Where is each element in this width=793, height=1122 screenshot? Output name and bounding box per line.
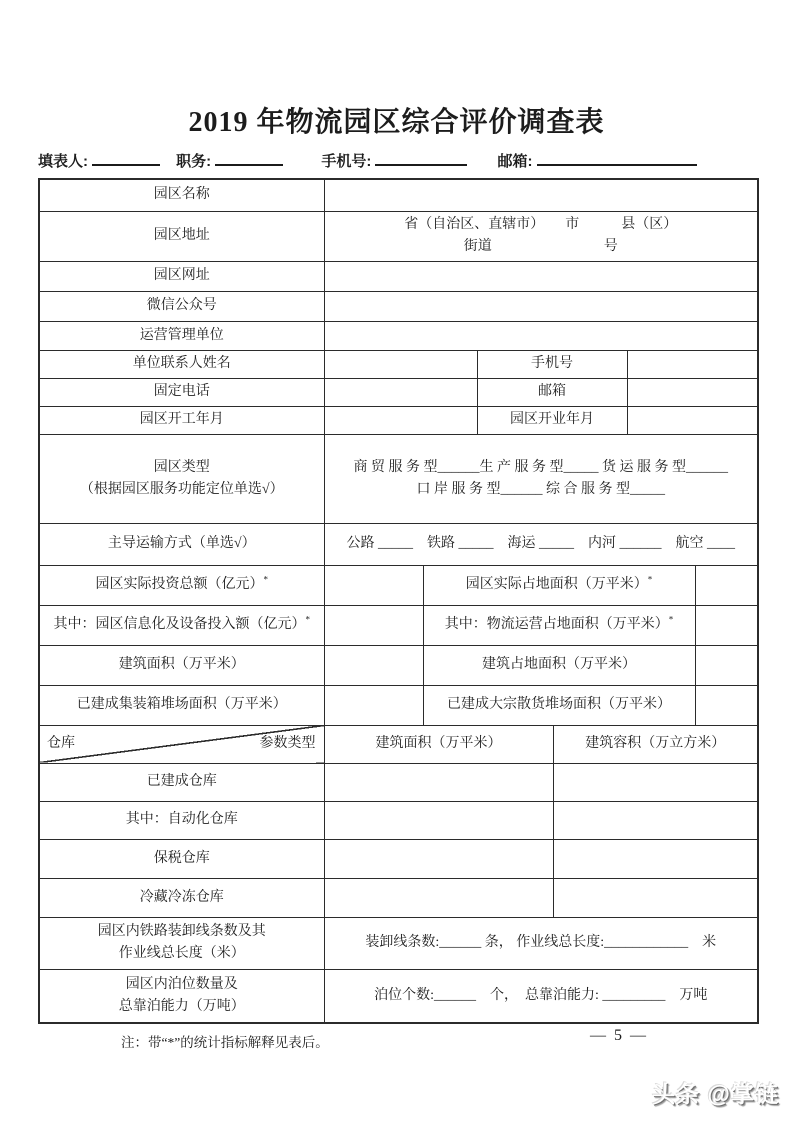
warehouse-row-label-cell: 保税仓库	[39, 839, 324, 878]
table-row: 园区网址	[39, 261, 758, 291]
value-cell	[695, 685, 758, 725]
row-label-cell: 园区类型（根据园区服务功能定位单选√）	[39, 434, 324, 523]
table-row: 其中：自动化仓库	[39, 801, 758, 839]
cell-text: 园区地址	[42, 225, 322, 247]
cell-text: 口 岸 服 务 型______ 综 合 服 务 型_____	[327, 479, 756, 501]
warehouse-row-label-cell: 冷藏冷冻仓库	[39, 878, 324, 917]
cell-text: 固定电话	[42, 381, 322, 403]
job-title-blank	[215, 151, 283, 166]
watermark: 头条 @掌链	[652, 1076, 779, 1109]
cell-text: 运营管理单位	[42, 325, 322, 347]
value-cell	[324, 406, 477, 434]
value-cell	[553, 763, 758, 801]
cell-text: 泊位个数:______ 个， 总靠泊能力: _________ 万吨	[327, 985, 756, 1007]
row-label-cell: 园区开工年月	[39, 406, 324, 434]
row-label-cell: 园区名称	[39, 179, 324, 211]
row-label-cell: 邮箱	[477, 378, 627, 406]
cell-text: 已建成集装箱堆场面积（万平米）	[42, 694, 322, 716]
table-row: 单位联系人姓名手机号	[39, 350, 758, 378]
value-cell	[324, 801, 553, 839]
row-label-cell: 建筑占地面积（万平米）	[423, 645, 695, 685]
cell-text: 保税仓库	[42, 848, 322, 870]
row-label-cell: 其中：物流运营占地面积（万平米）*	[423, 605, 695, 645]
row-label-cell: 园区实际投资总额（亿元）*	[39, 565, 324, 605]
value-cell	[324, 565, 423, 605]
value-cell	[695, 645, 758, 685]
value-cell: 公路 _____ 铁路 _____ 海运 _____ 内河 ______ 航空 …	[324, 523, 758, 565]
cell-text: 单位联系人姓名	[42, 353, 322, 375]
table-row: 建筑面积（万平米）建筑占地面积（万平米）	[39, 645, 758, 685]
cell-text: 园区实际投资总额（亿元）*	[42, 574, 322, 596]
cell-text: 其中：自动化仓库	[42, 809, 322, 831]
value-cell: 装卸线条数:______ 条， 作业线总长度:____________ 米	[324, 917, 758, 969]
cell-text: 商 贸 服 务 型______生 产 服 务 型_____ 货 运 服 务 型_…	[327, 457, 756, 479]
table-row: 已建成仓库	[39, 763, 758, 801]
cell-text: 园区开工年月	[42, 409, 322, 431]
cell-text: 主导运输方式（单选√）	[42, 533, 322, 555]
cell-text: 其中：物流运营占地面积（万平米）*	[426, 614, 693, 636]
cell-text: 园区类型	[42, 457, 322, 479]
table-row: 仓库参数类型建筑面积（万平米）建筑容积（万立方米）	[39, 725, 758, 763]
table-row: 固定电话邮箱	[39, 378, 758, 406]
table-row: 保税仓库	[39, 839, 758, 878]
value-cell	[324, 645, 423, 685]
value-cell: 省（自治区、直辖市） 市 县（区）街道 号	[324, 211, 758, 261]
cell-text: 建筑面积（万平米）	[327, 733, 551, 755]
cell-text: 建筑容积（万立方米）	[556, 733, 756, 755]
diagonal-header-cell: 仓库参数类型	[39, 725, 324, 763]
cell-text: 微信公众号	[42, 295, 322, 317]
warehouse-row-label-cell: 已建成仓库	[39, 763, 324, 801]
job-title-label: 职务:	[176, 153, 211, 170]
value-cell	[553, 878, 758, 917]
value-cell	[627, 406, 758, 434]
cell-text: （根据园区服务功能定位单选√）	[42, 479, 322, 501]
table-row: 其中：园区信息化及设备投入额（亿元）*其中：物流运营占地面积（万平米）*	[39, 605, 758, 645]
filler-name-blank	[92, 151, 160, 166]
row-label-cell: 已建成大宗散货堆场面积（万平米）	[423, 685, 695, 725]
cell-text: 邮箱	[480, 381, 625, 403]
value-cell	[324, 685, 423, 725]
value-cell	[553, 839, 758, 878]
row-label-cell: 单位联系人姓名	[39, 350, 324, 378]
mobile-label: 手机号:	[321, 153, 371, 170]
row-label-cell: 主导运输方式（单选√）	[39, 523, 324, 565]
cell-text: 园区网址	[42, 265, 322, 287]
cell-text: 园区内泊位数量及	[42, 974, 322, 996]
cell-text: 园区实际占地面积（万平米）*	[426, 574, 693, 596]
cell-text: 建筑面积（万平米）	[42, 654, 322, 676]
cell-text: 其中：园区信息化及设备投入额（亿元）*	[42, 614, 322, 636]
cell-text: 园区开业年月	[480, 409, 625, 431]
email-label: 邮箱:	[498, 153, 533, 170]
row-label-cell: 手机号	[477, 350, 627, 378]
row-label-cell: 园区内铁路装卸线条数及其作业线总长度（米）	[39, 917, 324, 969]
row-label-cell: 微信公众号	[39, 291, 324, 321]
page-title: 2019 年物流园区综合评价调查表	[0, 100, 793, 140]
table-row: 主导运输方式（单选√）公路 _____ 铁路 _____ 海运 _____ 内河…	[39, 523, 758, 565]
row-label-cell: 园区开业年月	[477, 406, 627, 434]
value-cell: 商 贸 服 务 型______生 产 服 务 型_____ 货 运 服 务 型_…	[324, 434, 758, 523]
survey-table: 园区名称园区地址省（自治区、直辖市） 市 县（区）街道 号园区网址微信公众号运营…	[38, 178, 759, 1024]
table-row: 已建成集装箱堆场面积（万平米）已建成大宗散货堆场面积（万平米）	[39, 685, 758, 725]
diagonal-corner-label: 参数类型	[260, 733, 316, 755]
filler-name-label: 填表人:	[38, 153, 88, 170]
cell-text: 作业线总长度（米）	[42, 943, 322, 965]
value-cell	[627, 350, 758, 378]
value-cell	[553, 801, 758, 839]
value-cell	[324, 291, 758, 321]
value-cell	[324, 261, 758, 291]
table-row: 运营管理单位	[39, 321, 758, 350]
row-label-cell: 建筑面积（万平米）	[39, 645, 324, 685]
table-row: 微信公众号	[39, 291, 758, 321]
table-row: 园区内泊位数量及总靠泊能力（万吨）泊位个数:______ 个， 总靠泊能力: _…	[39, 969, 758, 1023]
value-cell	[324, 763, 553, 801]
cell-text: 省（自治区、直辖市） 市 县（区）	[327, 214, 756, 236]
cell-text: 建筑占地面积（万平米）	[426, 654, 693, 676]
row-label-cell: 园区网址	[39, 261, 324, 291]
value-cell	[324, 350, 477, 378]
value-cell	[324, 378, 477, 406]
cell-text: 公路 _____ 铁路 _____ 海运 _____ 内河 ______ 航空 …	[327, 533, 756, 555]
table-row: 园区名称	[39, 179, 758, 211]
value-cell: 泊位个数:______ 个， 总靠泊能力: _________ 万吨	[324, 969, 758, 1023]
value-cell	[324, 605, 423, 645]
table-row: 园区实际投资总额（亿元）*园区实际占地面积（万平米）*	[39, 565, 758, 605]
table-body: 园区名称园区地址省（自治区、直辖市） 市 县（区）街道 号园区网址微信公众号运营…	[39, 179, 758, 1023]
value-cell	[627, 378, 758, 406]
cell-text: 园区名称	[42, 184, 322, 206]
row-label-cell: 园区内泊位数量及总靠泊能力（万吨）	[39, 969, 324, 1023]
mobile-blank	[375, 151, 467, 166]
email-blank	[537, 151, 697, 166]
page-number: — 5 —	[590, 1027, 648, 1045]
row-label-cell: 已建成集装箱堆场面积（万平米）	[39, 685, 324, 725]
cell-text: 街道 号	[327, 236, 756, 258]
table-row: 园区地址省（自治区、直辖市） 市 县（区）街道 号	[39, 211, 758, 261]
value-cell	[324, 321, 758, 350]
cell-text: 园区内铁路装卸线条数及其	[42, 921, 322, 943]
diagonal-corner-label: 仓库	[47, 733, 75, 755]
column-header-cell: 建筑容积（万立方米）	[553, 725, 758, 763]
value-cell	[695, 605, 758, 645]
cell-text: 总靠泊能力（万吨）	[42, 996, 322, 1018]
value-cell	[324, 878, 553, 917]
cell-text: 冷藏冷冻仓库	[42, 887, 322, 909]
value-cell	[324, 839, 553, 878]
footnote: 注：带“*”的统计指标解释见表后。	[121, 1031, 329, 1051]
warehouse-row-label-cell: 其中：自动化仓库	[39, 801, 324, 839]
table-row: 园区内铁路装卸线条数及其作业线总长度（米）装卸线条数:______ 条， 作业线…	[39, 917, 758, 969]
row-label-cell: 运营管理单位	[39, 321, 324, 350]
cell-text: 手机号	[480, 353, 625, 375]
table-row: 冷藏冷冻仓库	[39, 878, 758, 917]
row-label-cell: 园区地址	[39, 211, 324, 261]
table-row: 园区类型（根据园区服务功能定位单选√）商 贸 服 务 型______生 产 服 …	[39, 434, 758, 523]
row-label-cell: 固定电话	[39, 378, 324, 406]
value-cell	[695, 565, 758, 605]
column-header-cell: 建筑面积（万平米）	[324, 725, 553, 763]
table-row: 园区开工年月园区开业年月	[39, 406, 758, 434]
cell-text: 已建成仓库	[42, 771, 322, 793]
fill-line: 填表人: 职务: 手机号: 邮箱:	[38, 150, 757, 174]
row-label-cell: 园区实际占地面积（万平米）*	[423, 565, 695, 605]
cell-text: 已建成大宗散货堆场面积（万平米）	[426, 694, 693, 716]
cell-text: 装卸线条数:______ 条， 作业线总长度:____________ 米	[327, 932, 756, 954]
value-cell	[324, 179, 758, 211]
row-label-cell: 其中：园区信息化及设备投入额（亿元）*	[39, 605, 324, 645]
